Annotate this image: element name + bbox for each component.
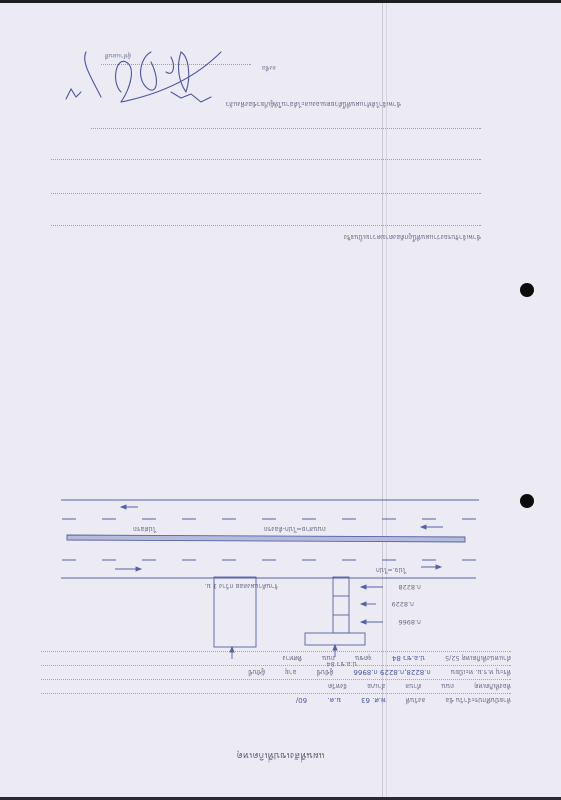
vehicle-label: ก.8228 bbox=[398, 582, 421, 592]
upper-lane-label: ไปจ.=ไปก bbox=[376, 565, 406, 575]
certify-note: ข้าพเจ้ารับรองว่าแผนที่นี้ถูกต้องตามความ… bbox=[344, 232, 481, 242]
vehicle-truck bbox=[305, 633, 365, 645]
blank-line bbox=[91, 128, 481, 129]
lower-lane-left-label: ไปต่อรถ bbox=[133, 524, 156, 534]
signature bbox=[61, 32, 231, 112]
vehicle-stack bbox=[333, 577, 349, 633]
median-strip bbox=[67, 535, 465, 542]
shop-label: ร้านค้าแผงลอย กว้าง 1 ม. bbox=[204, 581, 278, 591]
blank-line bbox=[51, 225, 481, 226]
blank-line bbox=[51, 193, 481, 194]
lower-lane-label: ถนนสาย=ไปก-ต้องรถ bbox=[264, 524, 326, 534]
vehicle-label-top: ป.อ.ชว 84 bbox=[326, 659, 357, 669]
vehicle-label: ก.8229 bbox=[391, 599, 414, 609]
vehicle-label: ก.8966 bbox=[398, 617, 421, 627]
document-page: แผนที่สังเขปที่เกิดเหตุ ท้ายบันทึกประจำว… bbox=[0, 3, 561, 797]
sign-label: ลงชื่อ bbox=[262, 63, 276, 73]
accident-sketch bbox=[0, 3, 561, 797]
statement-note: ข้าพเจ้าได้ทำแผนที่นี้ด้วยตนเองและได้อ่า… bbox=[226, 99, 401, 109]
blank-line bbox=[51, 159, 481, 160]
